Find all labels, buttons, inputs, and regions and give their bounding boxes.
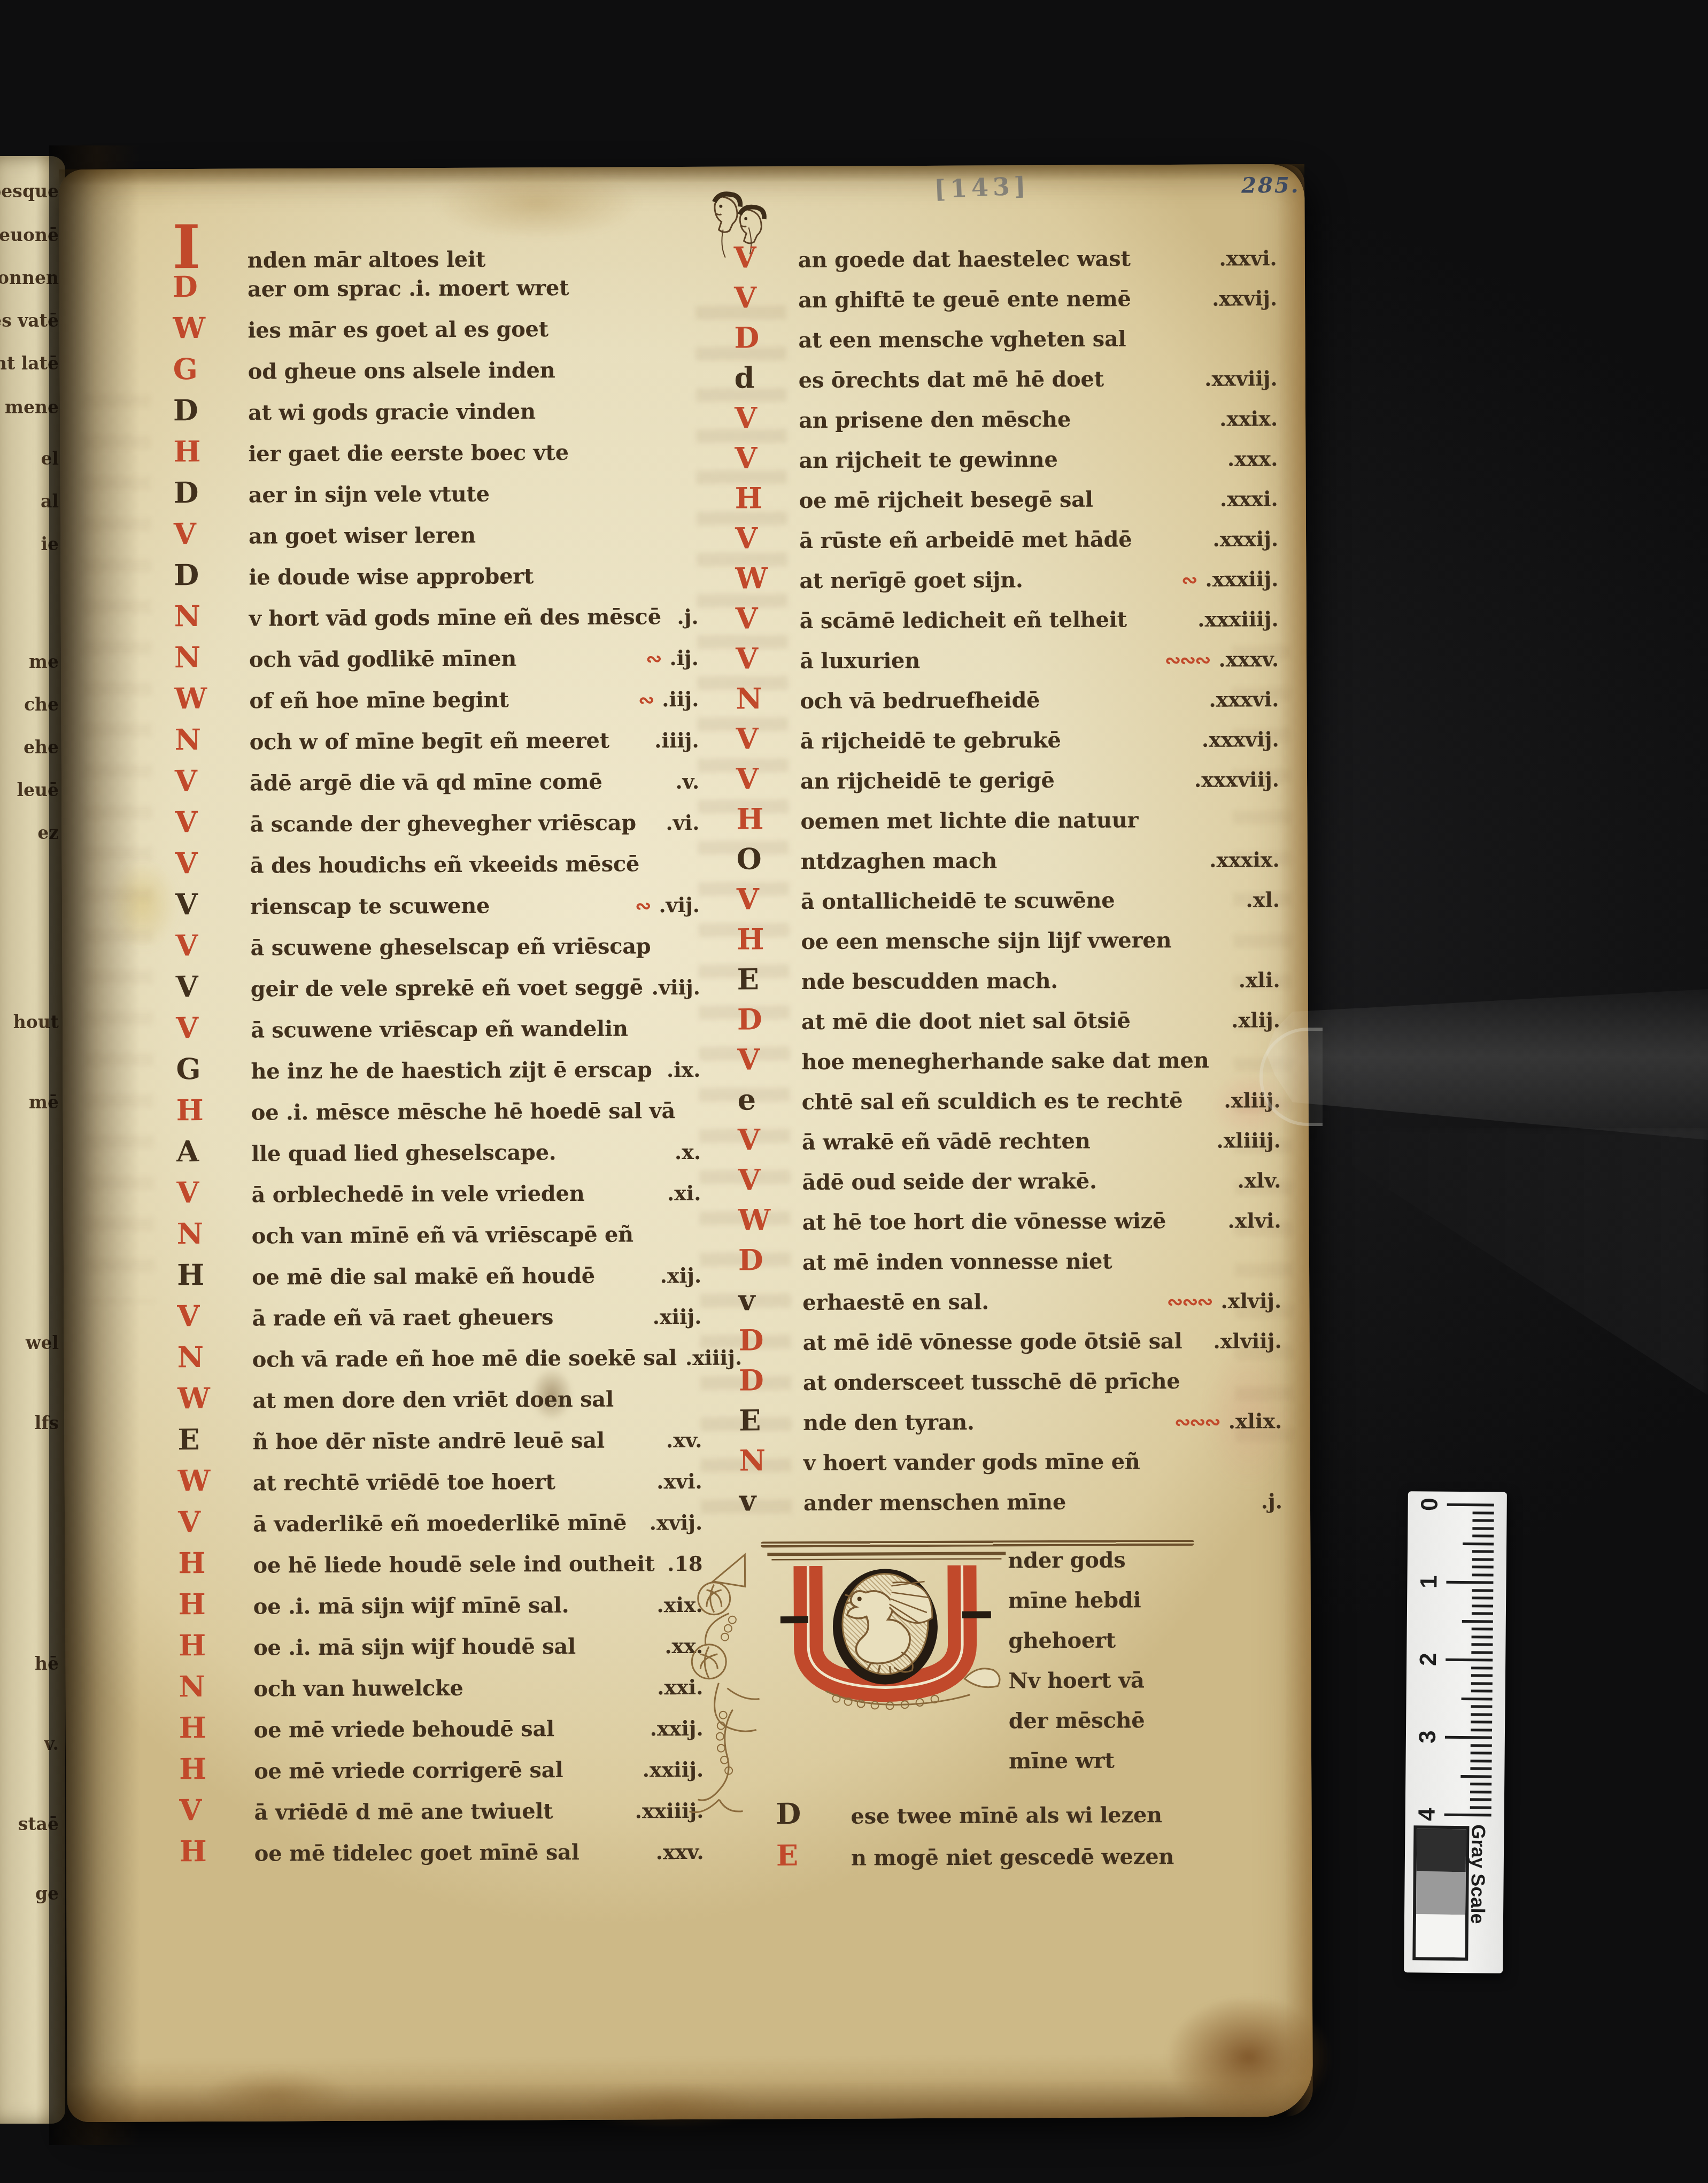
toc-line: V an goede dat haestelec wast .xxvi.: [734, 241, 1279, 283]
ruler-tick: [1471, 1760, 1492, 1762]
chapter-number: .xlvi.: [1227, 1208, 1281, 1232]
line-end-group: .xlviij.: [1204, 1329, 1284, 1353]
line-initial: V: [175, 890, 250, 919]
line-text: och w of mīne begīt eñ meeret: [250, 728, 609, 755]
line-end-group: .xxix.: [1211, 406, 1280, 431]
facing-page-text-fragment: ez: [37, 822, 59, 843]
toc-line: N och van huwelcke .xxi.: [179, 1670, 705, 1713]
chapter-number: .xvij.: [650, 1510, 703, 1534]
line-text: v hoert vander gods mīne eñ: [803, 1449, 1140, 1476]
chapter-number: .xlvij.: [1220, 1289, 1281, 1313]
line-text: an goede dat haestelec wast: [798, 246, 1131, 273]
line-text: at nerīgē goet sijn.: [799, 567, 1023, 593]
chapter-number: .xxxvi.: [1209, 687, 1279, 712]
ruler-tick: [1470, 1798, 1491, 1801]
line-text: nde bescudden mach.: [801, 968, 1058, 994]
line-end-group: .xxxix.: [1201, 847, 1282, 872]
red-squiggle: ∾: [646, 647, 661, 670]
chapter-number: .xxx.: [1227, 446, 1278, 470]
line-initial: H: [179, 1631, 253, 1660]
facing-page-text-fragment: staē: [18, 1814, 59, 1834]
chapter-number: .xlix.: [1228, 1409, 1282, 1433]
grayscale-ruler-card: 01234 Gray Scale: [1404, 1491, 1507, 1973]
line-end-group: .vi.: [657, 811, 701, 835]
line-text: och vād godlikē mīnen: [249, 646, 516, 672]
ruler-tick: [1460, 1775, 1491, 1778]
facing-page-edge: de besque geuonē connen lses vatē sont l…: [0, 156, 65, 2124]
chapter-number: .vi.: [666, 811, 699, 835]
facing-page-text-fragment: v.: [44, 1733, 59, 1754]
ruler-number: 4: [1413, 1801, 1437, 1827]
ruler-number: 1: [1416, 1569, 1439, 1594]
line-text: ñ hoe dēr nīste andrē leuē sal: [252, 1428, 605, 1455]
facing-page-text-fragment: ie: [41, 534, 59, 554]
line-text: mīne wrt: [1009, 1748, 1115, 1774]
facing-page-text-fragment: mē: [29, 1092, 59, 1113]
line-text: oe een mensche sijn lijf vweren: [801, 928, 1171, 954]
line-text: ie doude wise approbert: [249, 564, 534, 590]
line-text: oe hē liede houdē sele ind outheit: [253, 1551, 654, 1578]
ruler-tick: [1472, 1627, 1493, 1630]
line-initial: V: [736, 724, 800, 753]
line-end-group: .iiij.: [646, 728, 701, 752]
toc-line: H oe mē vriede corrigerē sal .xxiij.: [179, 1752, 706, 1795]
line-initial: V: [176, 972, 251, 1001]
toc-line: W of eñ hoe mīne begint ∾.iij.: [174, 682, 701, 725]
line-initial: N: [174, 601, 249, 631]
chapter-number: .xxviij.: [1204, 366, 1278, 391]
line-end-group: .ix.: [658, 1058, 703, 1082]
line-text: an prisene den mēsche: [799, 407, 1071, 433]
chapter-number: .vij.: [659, 893, 700, 917]
line-end-group: .xxviij.: [1196, 366, 1280, 391]
line-initial: N: [736, 684, 800, 713]
toc-line: V ā rijcheidē te gebrukē .xxxvij.: [736, 722, 1281, 764]
line-text: at ondersceet tusschē dē prīche: [803, 1369, 1180, 1395]
line-initial: V: [735, 523, 799, 553]
ruler-tick: [1472, 1612, 1493, 1615]
toc-line: D ie doude wise approbert: [174, 558, 700, 601]
line-initial: W: [174, 684, 249, 713]
chapter-number: .xvi.: [656, 1469, 702, 1493]
toc-line: H oe hē liede houdē sele ind outheit .18: [178, 1546, 705, 1590]
chapter-number: .j.: [677, 605, 698, 629]
line-end-group: .xlij.: [1223, 1008, 1282, 1032]
line-text: an rijcheidē te gerigē: [800, 768, 1055, 794]
toc-line: W at rechtē vriēdē toe hoert .xvi.: [178, 1464, 705, 1507]
line-initial: d: [735, 363, 799, 392]
line-text: of eñ hoe mīne begint: [249, 687, 508, 713]
gray-patch-white: [1416, 1914, 1465, 1957]
line-text: oe .i. mā sijn wijf houdē sal: [253, 1634, 576, 1661]
line-initial: V: [736, 764, 800, 793]
toc-line: H oe .i. mēsce mēsche hē hoedē sal vā: [176, 1093, 703, 1137]
chapter-number: .xxxiiij.: [1197, 607, 1279, 631]
ruler-tick: [1470, 1783, 1491, 1785]
line-end-group: ∾∾∾.xxxv.: [1165, 647, 1281, 672]
chapter-number: .xxxviij.: [1194, 767, 1279, 792]
line-text: rienscap te scuwene: [250, 893, 490, 920]
toc-line: d es ōrechts dat mē hē doet .xxviij.: [735, 361, 1280, 403]
toc-line: H oe mē tidelec goet mīnē sal .xxv.: [180, 1834, 706, 1878]
chapter-number: .x.: [675, 1140, 701, 1164]
ruler-number: 0: [1417, 1491, 1440, 1517]
facing-page-text-fragment: leuē: [17, 780, 59, 800]
line-initial: O: [737, 844, 801, 874]
toc-line: W ies mār es goet al es goet: [173, 311, 699, 354]
facing-page-text-fragment: mene: [5, 397, 59, 418]
line-text: an ghiftē te geuē ente nemē: [798, 286, 1131, 313]
line-initial: D: [738, 1325, 802, 1355]
corner-stain: [1165, 1995, 1332, 2119]
line-end-group: .xvij.: [641, 1510, 705, 1535]
line-end-group: .xlv.: [1228, 1168, 1283, 1192]
line-end-group: ∾∾∾.xlvij.: [1167, 1289, 1284, 1313]
line-initial: V: [175, 807, 250, 837]
toc-line: H oe mē die sal makē eñ houdē .xij.: [177, 1258, 704, 1301]
ruler-tick: [1470, 1806, 1491, 1809]
toc-line: V an goet wiser leren: [174, 517, 700, 560]
line-text: ā scande der ghevegher vriēscap: [250, 810, 636, 837]
initial-adjacent-text: nder gods mīne hebdi ghehoert Nv hoert v…: [1008, 1547, 1244, 1788]
line-text: oe mē vriede behoudē sal: [254, 1716, 554, 1742]
line-text: oe mē tidelec goet mīnē sal: [254, 1840, 579, 1866]
line-end-group: .xiij.: [644, 1305, 704, 1329]
toc-line: V an prisene den mēsche .xxix.: [735, 401, 1280, 443]
toc-line: G he inz he de haestich zijt ē erscap .i…: [176, 1052, 702, 1096]
line-initial: V: [734, 243, 798, 272]
line-text: od gheue ons alsele inden: [248, 358, 555, 384]
facing-page-text-fragment: lses vatē: [0, 310, 59, 331]
chapter-number: .xlv.: [1237, 1168, 1281, 1192]
toc-line: V ā orblechedē in vele vrieden .xi.: [176, 1176, 703, 1219]
line-initial: H: [176, 1096, 251, 1125]
toc-line: H oe een mensche sijn lijf vweren: [737, 922, 1282, 965]
toc-line: N v hort vād gods mīne eñ des mēscē .j.: [174, 599, 701, 643]
toc-line: D at mē inden vonnesse niet: [738, 1243, 1284, 1285]
ruler-tick: [1447, 1503, 1494, 1507]
toc-line: v ander menschen mīne .j.: [739, 1484, 1285, 1526]
line-initial: D: [734, 323, 798, 352]
ruler-tick: [1470, 1767, 1491, 1770]
line-initial: V: [174, 519, 249, 549]
toc-line: N och vā rade eñ hoe mē die soekē sal .x…: [177, 1340, 704, 1384]
ruler-tick: [1471, 1705, 1492, 1708]
line-text: ā rade eñ vā raet gheuers: [252, 1305, 553, 1331]
line-initial: D: [173, 272, 248, 302]
line-initial: V: [736, 604, 800, 633]
ruler-tick: [1472, 1558, 1494, 1561]
ruler-tick: [1471, 1690, 1493, 1692]
ruler-tick: [1471, 1651, 1493, 1654]
line-end-group: ∾.ij.: [646, 646, 701, 670]
line-initial: V: [176, 1178, 251, 1207]
line-initial: V: [175, 931, 250, 960]
line-text: ā vriēdē d mē ane twiuelt: [254, 1799, 553, 1825]
decorated-initial-section: nder gods mīne hebdi ghehoert Nv hoert v…: [681, 1536, 1313, 1913]
toc-line: V ā ontallicheidē te scuwēne .xl.: [737, 882, 1282, 924]
chapter-number: .xliiij.: [1216, 1128, 1281, 1153]
ruler-tick: [1472, 1573, 1494, 1576]
ruler-tick: [1471, 1667, 1493, 1669]
line-initial: G: [176, 1054, 251, 1084]
chapter-number: .j.: [1261, 1489, 1282, 1513]
line-end-group: .xvi.: [648, 1469, 705, 1493]
ruler-tick: [1472, 1605, 1493, 1607]
line-text: och vā rade eñ hoe mē die soekē sal: [252, 1345, 677, 1372]
line-initial: H: [736, 804, 800, 834]
ruler-numbers: 01234: [1408, 1491, 1507, 1492]
line-initial: H: [179, 1754, 254, 1784]
line-end-group: .j.: [668, 605, 700, 629]
red-squiggle: ∾: [1181, 569, 1196, 591]
line-end-group: ∾.iij.: [638, 687, 701, 712]
ruler-tick: [1472, 1636, 1493, 1638]
toc-line: mīne hebdi: [1008, 1587, 1243, 1628]
line-initial: H: [180, 1837, 254, 1866]
page-top-staining: [59, 164, 1304, 186]
toc-line: V an ghiftē te geuē ente nemē .xxvij.: [734, 281, 1279, 323]
toc-line: W at hē toe hort die vōnesse wizē .xlvi.: [738, 1203, 1284, 1245]
ruler-tick: [1471, 1682, 1493, 1685]
line-initial: V: [738, 1165, 802, 1194]
chapter-number: .xv.: [666, 1428, 702, 1452]
line-initial: H: [737, 924, 801, 954]
line-end-group: .xli.: [1230, 968, 1282, 992]
line-initial: V: [177, 1301, 252, 1331]
line-initial: V: [738, 1125, 802, 1154]
line-text: chtē sal eñ sculdich es te rechtē: [802, 1088, 1183, 1115]
toc-line: G od gheue ons alsele inden: [173, 352, 700, 396]
line-initial: H: [179, 1713, 254, 1742]
line-end-group: .xxxvi.: [1200, 687, 1281, 712]
line-initial: N: [175, 725, 250, 754]
facing-page-text-fragment: sont latē: [0, 353, 59, 374]
toc-line: V ā vaderlikē eñ moederlikē mīnē .xvij.: [178, 1505, 705, 1548]
line-end-group: .v.: [667, 769, 701, 793]
facing-page-text-fragment: che: [24, 694, 59, 715]
line-initial: V: [737, 1045, 801, 1074]
chapter-number: .v.: [675, 769, 699, 793]
line-initial: W: [173, 313, 248, 343]
toc-line: N och vād godlikē mīnen ∾.ij.: [174, 641, 701, 684]
line-initial: V: [178, 1507, 253, 1537]
line-text: ādē oud seide der wrakē.: [802, 1169, 1096, 1195]
ruler-tick: [1446, 1581, 1493, 1584]
facing-page-text-fragment: ge: [35, 1883, 59, 1904]
chapter-number: .xlviij.: [1213, 1329, 1281, 1353]
line-initial: N: [179, 1672, 253, 1701]
line-text: erhaestē en sal.: [802, 1290, 989, 1316]
line-initial: v: [739, 1486, 803, 1515]
line-text: nde den tyran.: [803, 1410, 975, 1436]
toc-line: V an rijcheit te gewinne .xxx.: [735, 441, 1280, 483]
line-text: mīne hebdi: [1008, 1587, 1141, 1613]
line-text: ā wrakē eñ vādē rechten: [802, 1129, 1091, 1155]
line-end-group: .xxxij.: [1204, 527, 1280, 551]
toc-line: V ā scande der ghevegher vriēscap .vi.: [175, 805, 701, 848]
toc-line: W at men dore den vriēt doen sal: [177, 1382, 704, 1425]
toc-line: ghehoert: [1008, 1627, 1243, 1668]
chapter-number: .xl.: [1246, 888, 1280, 912]
toc-line: W at nerīgē goet sijn. ∾.xxxiij.: [735, 561, 1280, 604]
ruler-tick: [1472, 1596, 1493, 1599]
toc-line: N och vā bedruefheidē .xxxvi.: [736, 682, 1281, 724]
toc-line: H oemen met lichte die natuur: [736, 802, 1281, 844]
ruler-number: 3: [1415, 1724, 1438, 1749]
ruler-tick: [1472, 1565, 1494, 1568]
facing-page-text-fragment: geuonē: [0, 225, 59, 245]
line-initial: E: [776, 1841, 851, 1870]
toc-line: D aer om sprac .i. moert wret: [173, 270, 699, 313]
line-text: ā scuwene gheselscap eñ vriēscap: [250, 934, 651, 960]
chapter-number: .xiiij.: [685, 1346, 742, 1370]
line-initial: D: [173, 396, 248, 425]
line-initial: D: [738, 1245, 802, 1275]
red-squiggle: ∾∾∾: [1165, 649, 1210, 672]
toc-line: E n mogē niet gescedē wezen: [776, 1839, 1289, 1883]
toc-line: V ā scuwene vriēscap eñ wandelin: [176, 1011, 702, 1054]
chapter-number: .xxxij.: [1212, 527, 1278, 551]
toc-line: V an rijcheidē te gerigē .xxxviij.: [736, 762, 1281, 804]
facing-page-text-fragment: connen: [0, 267, 59, 288]
grayscale-label: Gray Scale: [1466, 1824, 1489, 1956]
line-initial: W: [177, 1384, 252, 1413]
line-end-group: .viij.: [643, 975, 702, 999]
line-initial: E: [177, 1425, 252, 1454]
gray-patch-black: [1417, 1829, 1466, 1872]
line-text: ander menschen mīne: [803, 1490, 1066, 1516]
toc-line: D at ondersceet tusschē dē prīche: [739, 1363, 1284, 1406]
ruler-tick: [1471, 1721, 1492, 1723]
toc-line: H ier gaet die eerste boec vte: [173, 435, 700, 478]
toc-line: Nv hoert vā: [1008, 1667, 1243, 1708]
line-text: hoe menegherhande sake dat men: [801, 1048, 1209, 1075]
toc-line: V ā vriēdē d mē ane twiuelt .xxiiij.: [179, 1793, 706, 1837]
chapter-number: .xli.: [1239, 968, 1280, 992]
red-squiggle: ∾: [635, 894, 650, 917]
line-end-group: .xxx.: [1219, 446, 1280, 470]
strap-shadow: [1294, 1128, 1708, 1395]
toc-line: e chtē sal eñ sculdich es te rechtē .xli…: [738, 1083, 1283, 1125]
line-text: oe mē rijcheit besegē sal: [799, 487, 1093, 513]
line-text: ā scāmē ledicheit eñ telheit: [800, 607, 1127, 634]
line-text: n mogē niet gescedē wezen: [851, 1844, 1174, 1871]
ruler-tick: [1470, 1791, 1491, 1793]
line-text: an rijcheit te gewinne: [799, 447, 1057, 473]
stain: [581, 2083, 757, 2129]
toc-line: A lle quad lied gheselscape. .x.: [176, 1135, 703, 1178]
facing-page-text-fragment: el: [41, 448, 59, 469]
chapter-number: .iij.: [662, 687, 699, 711]
chapter-number: .xxxv.: [1218, 647, 1279, 671]
line-text: at mē inden vonnesse niet: [802, 1249, 1112, 1276]
line-initial: V: [179, 1795, 254, 1825]
line-initial: e: [738, 1085, 802, 1114]
line-end-group: .xxxi.: [1211, 487, 1280, 511]
line-text: der mēschē: [1009, 1708, 1145, 1733]
facing-page-text-fragment: hē: [35, 1653, 59, 1674]
stain: [108, 859, 178, 950]
chapter-number: .xxxi.: [1220, 487, 1278, 511]
line-initial: D: [174, 560, 249, 590]
toc-line: V ā scāmē ledicheit eñ telheit .xxxiiij.: [736, 601, 1281, 644]
toc-line: v erhaestē en sal. ∾∾∾.xlvij.: [738, 1283, 1284, 1325]
pencil-foliation: [143]: [933, 171, 1031, 204]
line-text: an goet wiser leren: [249, 523, 476, 549]
line-text: aer om sprac .i. moert wret: [248, 275, 569, 302]
toc-line: I nden mār altoes leit: [173, 229, 699, 272]
ruler-tick: [1471, 1744, 1492, 1747]
line-initial: H: [177, 1260, 252, 1290]
toc-column-right: V an goede dat haestelec wast .xxvi. V a…: [734, 241, 1285, 1526]
ruler-tick: [1446, 1659, 1493, 1662]
facing-page-text-fragment: al: [41, 491, 59, 512]
toc-line: D at een mensche vgheten sal: [734, 321, 1279, 363]
facing-page-text-fragment: ehe: [24, 737, 59, 758]
toc-line: V ā des houdichs eñ vkeeids mēscē: [175, 846, 702, 890]
toc-line: mīne wrt: [1009, 1747, 1244, 1788]
line-initial: D: [174, 478, 249, 507]
folio-number: 285.: [1241, 173, 1300, 198]
toc-line: E nde den tyran. ∾∾∾.xlix.: [739, 1403, 1284, 1446]
line-text: ntdzaghen mach: [801, 848, 997, 874]
toc-line: D at wi gods gracie vinden: [173, 394, 700, 437]
red-squiggle: ∾: [638, 689, 653, 711]
line-initial: W: [178, 1466, 253, 1495]
ruler-tick: [1471, 1752, 1492, 1754]
line-text: lle quad lied gheselscape.: [251, 1140, 557, 1166]
line-end-group: ∾.xxxiij.: [1181, 567, 1280, 591]
chapter-number: .xliij.: [1224, 1088, 1280, 1112]
manuscript-page: [143] 285. I: [59, 164, 1313, 2122]
ruler-tick: [1462, 1620, 1493, 1623]
line-text: oemen met lichte die natuur: [800, 807, 1138, 834]
line-initial: A: [176, 1137, 251, 1166]
toc-line: V ādē argē die vā qd mīne comē .v.: [175, 764, 701, 807]
ornament-bar: [761, 1540, 1194, 1548]
line-end-group: .j.: [1253, 1489, 1285, 1513]
photo-stage: de besque geuonē connen lses vatē sont l…: [0, 0, 1708, 2183]
line-initial: E: [737, 965, 801, 994]
ruler-number: 2: [1415, 1646, 1439, 1672]
line-initial: H: [173, 437, 248, 466]
line-initial: V: [734, 283, 798, 312]
toc-line: V rienscap te scuwene ∾.vij.: [175, 888, 702, 931]
toc-line: V ā luxurien ∾∾∾.xxxv.: [736, 642, 1281, 684]
ruler-tick: [1472, 1589, 1493, 1592]
line-initial: N: [739, 1446, 803, 1475]
line-end-group: .xxxiiij.: [1189, 607, 1281, 631]
line-text: och vā bedruefheidē: [800, 688, 1040, 714]
line-end-group: ∾.vij.: [635, 893, 702, 917]
line-end-group: .x.: [666, 1140, 703, 1164]
line-initial: D: [737, 1005, 801, 1034]
chapter-number: .viij.: [652, 975, 700, 999]
line-text: at mē idē vōnesse gode ōtsiē sal: [803, 1329, 1183, 1355]
line-text: ā luxurien: [800, 648, 920, 674]
stain: [201, 2069, 351, 2120]
ruler-tick: [1471, 1674, 1493, 1677]
ruler-tick: [1472, 1550, 1494, 1553]
facing-page-text-fragment: hout: [13, 1012, 59, 1032]
chapter-number: .ij.: [669, 646, 699, 670]
line-initial: v: [738, 1285, 802, 1315]
ruler-tick: [1472, 1527, 1494, 1530]
line-initial: V: [175, 848, 250, 878]
line-text: at rechtē vriēdē toe hoert: [253, 1469, 555, 1495]
line-text: oe mē die sal makē eñ houdē: [252, 1263, 595, 1290]
